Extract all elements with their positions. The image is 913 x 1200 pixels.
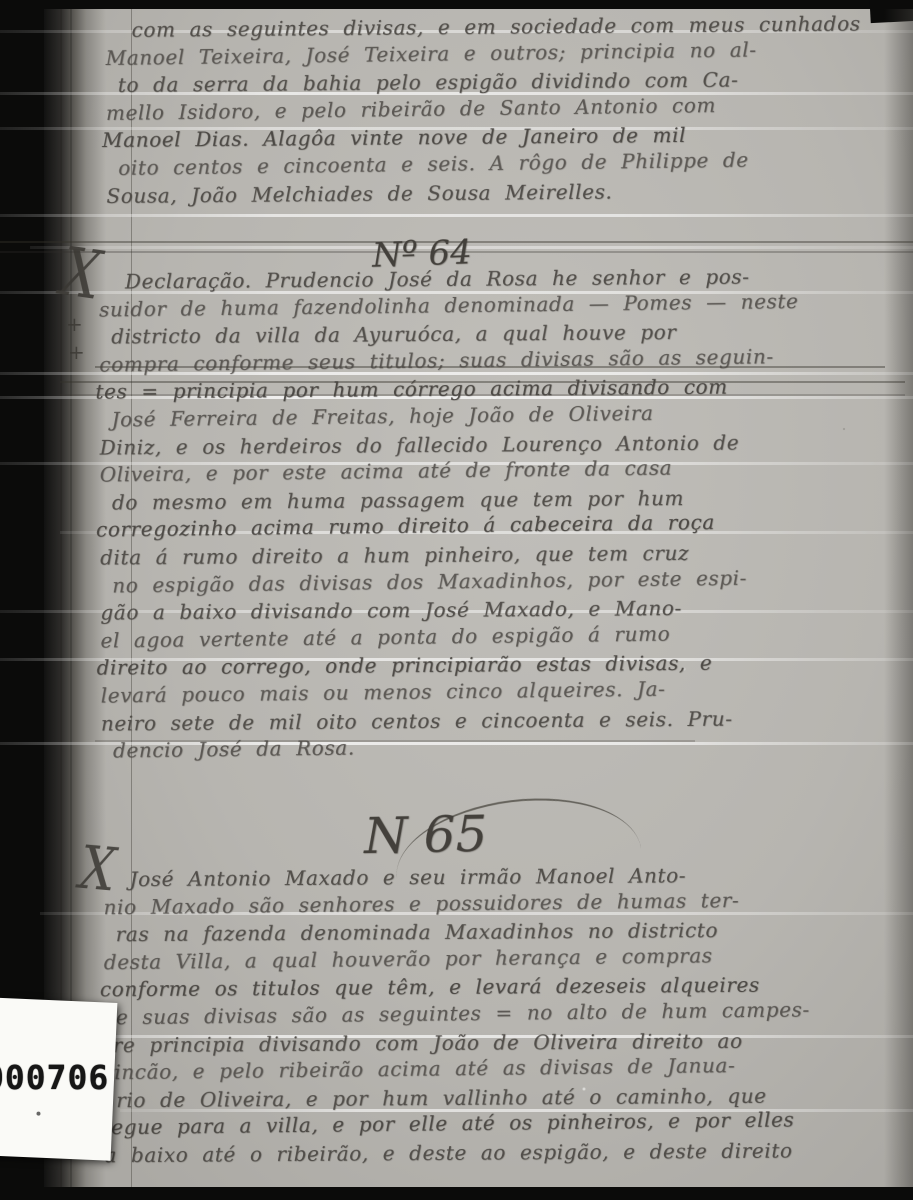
manuscript-line: Sousa, João Melchiades de Sousa Meirelle…: [106, 177, 861, 211]
entry-65-heading: N 65: [364, 805, 488, 865]
margin-plus-mark: +: [66, 312, 83, 336]
continuation-paragraph: com as seguintes divisas, e em sociedade…: [105, 14, 861, 211]
scan-streak: [0, 214, 913, 217]
scanned-document: com as seguintes divisas, e em sociedade…: [0, 0, 913, 1200]
page-edge-shadow: [884, 9, 913, 1187]
entry-65-paragraph: José Antonio Maxado e seu irmão Manoel A…: [103, 865, 810, 1171]
manuscript-line: a baixo até o ribeirão, e deste ao espig…: [104, 1138, 810, 1171]
margin-plus-mark: +: [68, 340, 85, 364]
archive-stamp-number: 000706: [0, 1058, 114, 1097]
archive-stamp-label: 000706: [0, 997, 117, 1161]
entry-64-paragraph: Declaração. Prudencio José da Rosa he se…: [99, 266, 801, 766]
